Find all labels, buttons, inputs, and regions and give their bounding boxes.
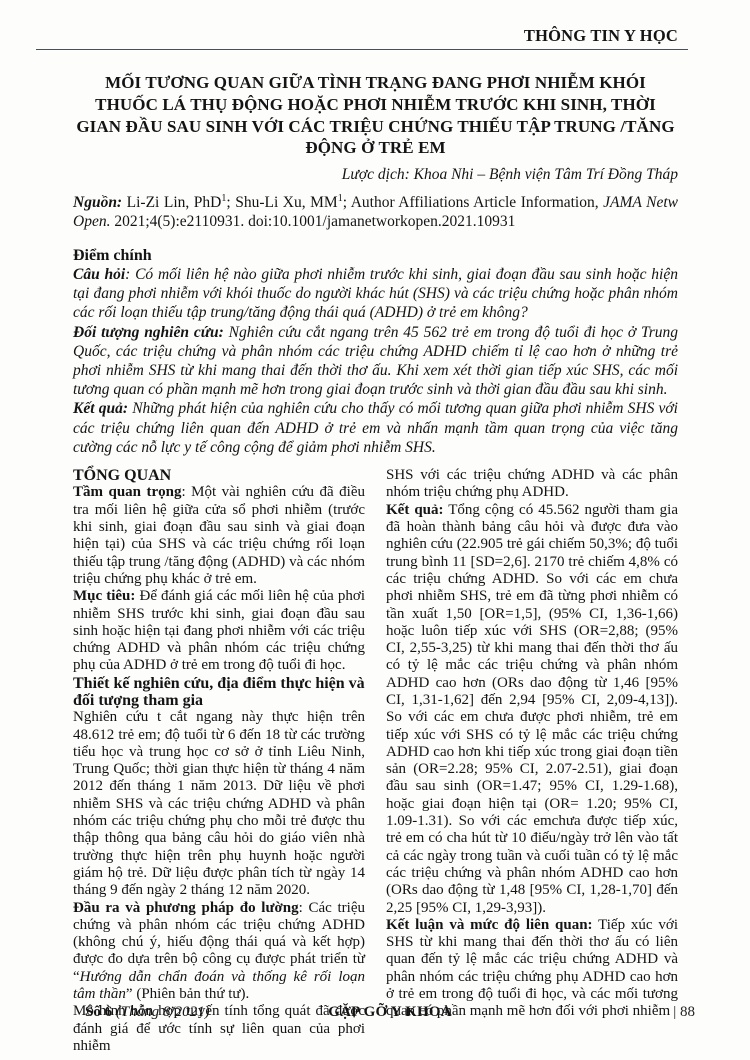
key-point-question-text: : Có mối liên hệ nào giữa phơi nhiễm trư… (73, 266, 678, 321)
source-authors-2: ; Shu-Li Xu, MM (226, 194, 337, 211)
key-points-heading: Điểm chính (73, 247, 678, 265)
importance-label: Tầm quan trọng (73, 484, 182, 500)
source-citation: Nguồn: Li-Zi Lin, PhD1; Shu-Li Xu, MM1; … (73, 193, 678, 231)
masthead-rule (36, 49, 688, 50)
key-point-results: Kết quả: Những phát hiện của nghiên cứu … (73, 399, 678, 457)
key-point-results-label: Kết quả: (73, 400, 128, 417)
footer-issue: Số 6 (Tháng 8/2021) (85, 1004, 288, 1021)
objective-paragraph: Mục tiêu: Để đánh giá các mối liên hệ củ… (73, 588, 365, 674)
footer-journal-name: GẶP GỠ Y KHOA (288, 1004, 491, 1021)
footer-page-number: | 88 (492, 1004, 695, 1021)
source-label: Nguồn: (73, 194, 122, 211)
two-column-body: TỔNG QUAN Tầm quan trọng: Một vài nghiên… (73, 467, 678, 1055)
key-point-question-label: Câu hỏi (73, 266, 125, 283)
objective-label: Mục tiêu: (73, 588, 135, 604)
importance-paragraph: Tầm quan trọng: Một vài nghiên cứu đã đi… (73, 484, 365, 588)
source-citation-rest: 2021;4(5):e2110931. doi:10.1001/jamanetw… (110, 213, 515, 230)
continuation-paragraph: SHS với các triệu chứng ADHD và các phân… (386, 467, 678, 502)
key-point-results-text: Những phát hiện của nghiên cứu cho thấy … (73, 400, 678, 455)
design-heading: Thiết kế nghiên cứu, địa điểm thực hiện … (73, 675, 365, 710)
masthead-section-title: THÔNG TIN Y HỌC (73, 12, 678, 46)
overview-heading: TỔNG QUAN (73, 467, 365, 484)
outcomes-label: Đầu ra và phương pháp đo lường (73, 900, 299, 916)
key-points-section: Điểm chính Câu hỏi: Có mối liên hệ nào g… (73, 247, 678, 457)
article-title: MỐI TƯƠNG QUAN GIỮA TÌNH TRẠNG ĐANG PHƠI… (75, 72, 677, 159)
key-point-subjects-label: Đối tượng nghiên cứu: (73, 324, 224, 341)
journal-page: THÔNG TIN Y HỌC MỐI TƯƠNG QUAN GIỮA TÌNH… (0, 0, 750, 1055)
results-paragraph: Kết quả: Tổng cộng có 45.562 người tham … (386, 502, 678, 917)
translator-byline: Lược dịch: Khoa Nhi – Bệnh viện Tâm Trí … (73, 166, 678, 184)
results-label: Kết quả: (386, 502, 444, 518)
source-authors-1: Li-Zi Lin, PhD (122, 194, 221, 211)
source-affiliation: ; Author Affiliations Article Informatio… (343, 194, 603, 211)
conclusions-label: Kết luận và mức độ liên quan: (386, 917, 593, 933)
right-column: SHS với các triệu chứng ADHD và các phân… (386, 467, 678, 1055)
key-point-question: Câu hỏi: Có mối liên hệ nào giữa phơi nh… (73, 265, 678, 323)
key-point-subjects: Đối tượng nghiên cứu: Nghiên cứu cắt nga… (73, 323, 678, 400)
footer-issue-date: (Tháng 8/2021) (112, 1004, 210, 1020)
outcomes-paragraph: Đầu ra và phương pháp đo lường: Các triệ… (73, 900, 365, 1004)
footer-issue-number: Số 6 (85, 1004, 112, 1020)
page-footer: Số 6 (Tháng 8/2021) GẶP GỠ Y KHOA | 88 (0, 1004, 750, 1021)
results-text: Tổng cộng có 45.562 người tham gia đã ho… (386, 502, 678, 916)
left-column: TỔNG QUAN Tầm quan trọng: Một vài nghiên… (73, 467, 365, 1055)
outcomes-text-b: ” (Phiên bản thứ tư). (126, 986, 249, 1002)
design-paragraph: Nghiên cứu t cắt ngang này thực hiện trê… (73, 709, 365, 899)
